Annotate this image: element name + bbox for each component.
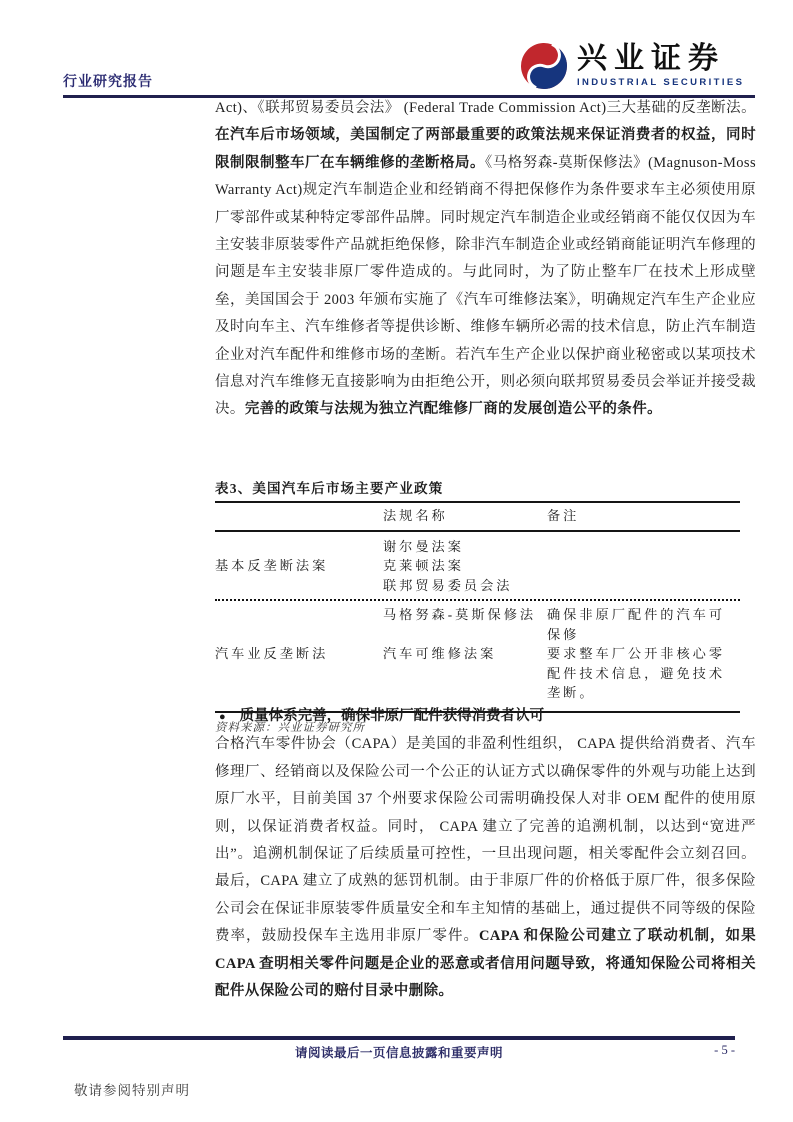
- brand-swirl-icon: [520, 42, 568, 90]
- law-item: 谢尔曼法案: [383, 537, 547, 557]
- table-header-cell-note: 备注: [547, 506, 740, 526]
- bullet-heading: ● 质量体系完善，确保非原厂配件获得消费者认可: [215, 703, 756, 731]
- report-type-label: 行业研究报告: [63, 71, 153, 91]
- brand-name: 兴业证券 INDUSTRIAL SECURITIES: [577, 44, 744, 88]
- table-cell-notes: 确保非原厂配件的汽车可保修 要求整车厂公开非核心零配件技术信息，避免技术垄断。: [547, 605, 740, 703]
- table-header-row: 法规名称 备注: [215, 503, 740, 532]
- policy-paragraph: Act)、《联邦贸易委员会法》 (Federal Trade Commissio…: [215, 95, 756, 424]
- footer-disclaimer: 请阅读最后一页信息披露和重要声明: [63, 1043, 735, 1061]
- bottom-special-note: 敬请参阅特别声明: [74, 1079, 190, 1099]
- law-item: 马格努森-莫斯保修法: [383, 605, 547, 625]
- table-header-cell-law: 法规名称: [383, 506, 547, 526]
- bullet-icon: ●: [219, 704, 226, 731]
- quality-paragraph: 合格汽车零件协会（CAPA）是美国的非盈利性组织， CAPA 提供给消费者、汽车…: [215, 731, 756, 1005]
- brand-name-cn: 兴业证券: [577, 44, 744, 74]
- quality-section: ● 质量体系完善，确保非原厂配件获得消费者认可 合格汽车零件协会（CAPA）是美…: [215, 703, 756, 1005]
- table-cell-category: 基本反垄断法案: [215, 556, 383, 576]
- note-item: 确保非原厂配件的汽车可保修: [547, 605, 740, 644]
- brand-name-en: INDUSTRIAL SECURITIES: [577, 77, 744, 88]
- table-cell-category: 汽车业反垄断法: [215, 605, 383, 703]
- table-row: 汽车业反垄断法 马格努森-莫斯保修法 汽车可维修法案 确保非原厂配件的汽车可保修…: [215, 601, 740, 713]
- bullet-heading-text: 质量体系完善，确保非原厂配件获得消费者认可: [240, 703, 545, 730]
- table-header-cell-empty: [215, 506, 383, 526]
- table-cell-laws: 马格努森-莫斯保修法 汽车可维修法案: [383, 605, 547, 703]
- table-row: 基本反垄断法案 谢尔曼法案 克莱顿法案 联邦贸易委员会法: [215, 532, 740, 602]
- table-title: 表3、美国汽车后市场主要产业政策: [215, 477, 740, 503]
- law-item: 汽车可维修法案: [383, 644, 547, 664]
- footer-divider: [63, 1036, 735, 1040]
- law-item: 联邦贸易委员会法: [383, 576, 547, 596]
- brand-logo: 兴业证券 INDUSTRIAL SECURITIES: [520, 42, 744, 90]
- note-item: 要求整车厂公开非核心零配件技术信息，避免技术垄断。: [547, 644, 740, 703]
- law-item: 克莱顿法案: [383, 556, 547, 576]
- report-page: 行业研究报告 兴业证券 INDUSTRIAL SECURITIES Act)、《…: [0, 0, 793, 1122]
- page-number: - 5 -: [714, 1043, 735, 1058]
- policy-table: 表3、美国汽车后市场主要产业政策 法规名称 备注 基本反垄断法案 谢尔曼法案 克…: [215, 477, 740, 735]
- table-cell-laws: 谢尔曼法案 克莱顿法案 联邦贸易委员会法: [383, 537, 547, 596]
